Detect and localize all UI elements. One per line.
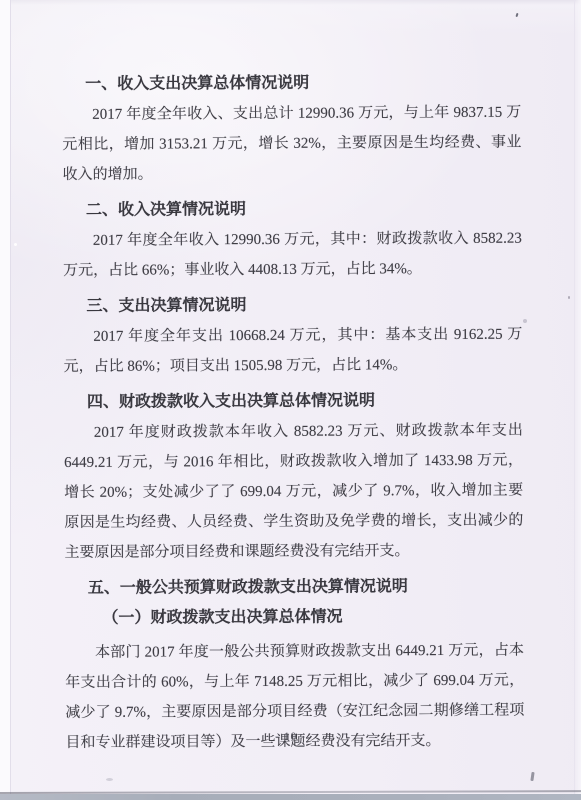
scan-left-edge (0, 0, 11, 800)
scan-speck (106, 778, 113, 781)
scan-speck (515, 13, 518, 17)
section-income-expenditure-overview: 一、收入支出决算总体情况说明 2017 年度全年收入、支出总计 12990.36… (62, 68, 522, 190)
scan-speck (523, 319, 527, 323)
scan-right-edge (574, 0, 581, 800)
scanner-bottom-band (0, 794, 581, 800)
scanned-document-page: 一、收入支出决算总体情况说明 2017 年度全年收入、支出总计 12990.36… (0, 0, 581, 800)
section-paragraph: 2017 年度全年收入、支出总计 12990.36 万元，与上年 9837.15… (62, 98, 521, 190)
section-subheading: （一）财政拨款支出决算总体情况 (65, 602, 524, 634)
section-paragraph: 2017 年度全年收入 12990.36 万元，其中：财政拨款收入 8582.2… (63, 224, 522, 286)
section-fiscal-appropriation-overview: 四、财政拨款收入支出决算总体情况说明 2017 年度财政拨款本年收入 8582.… (64, 386, 524, 568)
section-heading: 三、支出决算情况说明 (63, 290, 522, 322)
scan-speck (568, 296, 570, 299)
page-number: - 10 - (0, 731, 581, 743)
section-paragraph: 2017 年度财政拨款本年收入 8582.23 万元、财政拨款本年支出 6449… (64, 416, 524, 568)
section-income-accounts: 二、收入决算情况说明 2017 年度全年收入 12990.36 万元，其中：财政… (63, 194, 522, 286)
section-expenditure-accounts: 三、支出决算情况说明 2017 年度全年支出 10668.24 万元，其中：基本… (63, 290, 522, 382)
section-paragraph: 2017 年度全年支出 10668.24 万元，其中：基本支出 9162.25 … (63, 320, 522, 382)
scan-speck (14, 243, 17, 246)
section-heading: 一、收入支出决算总体情况说明 (62, 68, 521, 100)
section-heading: 五、一般公共预算财政拨款支出决算情况说明 (65, 572, 524, 604)
section-heading: 四、财政拨款收入支出决算总体情况说明 (64, 386, 523, 418)
scan-speck (530, 772, 534, 781)
document-body: 一、收入支出决算总体情况说明 2017 年度全年收入、支出总计 12990.36… (62, 68, 525, 758)
section-heading: 二、收入决算情况说明 (63, 194, 522, 226)
